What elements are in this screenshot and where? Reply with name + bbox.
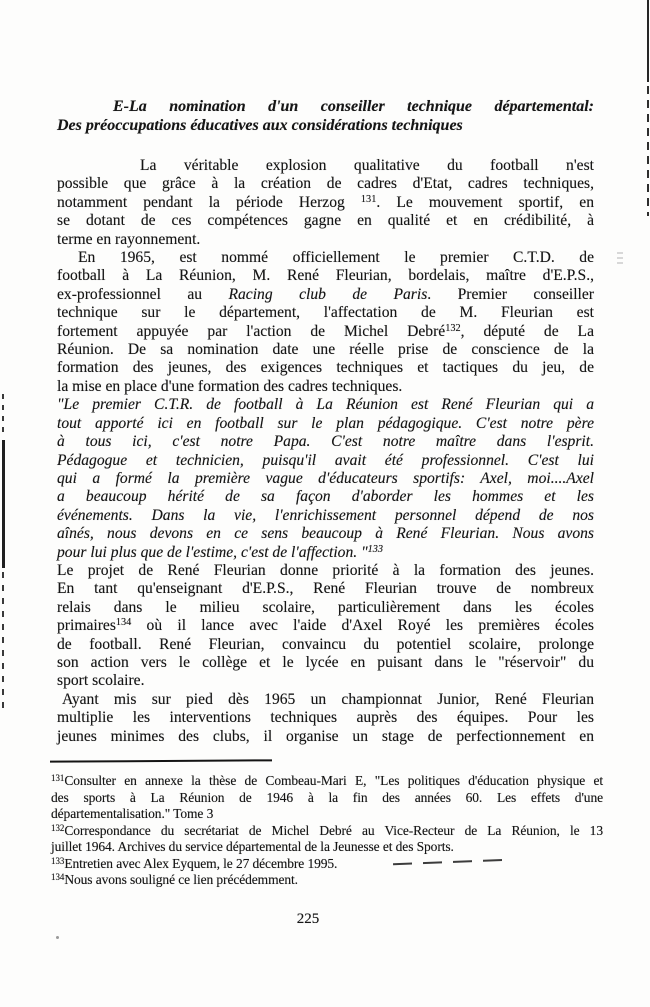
text-line: Le projet de René Fleurian donne priorit… — [57, 562, 594, 580]
text-line: En tant qu'enseignant d'E.P.S., René Fle… — [57, 580, 594, 598]
text-line: En 1965, est nommé officiellement le pre… — [57, 249, 594, 267]
section-heading-line-1: E-La nomination d'un conseiller techniqu… — [57, 98, 594, 117]
text-line: tout apporté ici en football sur le plan… — [57, 415, 594, 433]
text-line: possible que grâce à la création de cadr… — [57, 175, 594, 193]
text-line: a beaucoup hérité de sa façon d'aborder … — [57, 488, 594, 506]
text-line: aînés, nous devons en ce sens beaucoup à… — [57, 525, 594, 543]
text-line: Ayant mis sur pied dès 1965 un championn… — [57, 691, 594, 709]
body-text: La véritable explosion qualitative du fo… — [57, 157, 594, 746]
text-line: 133Entretien avec Alex Eyquem, le 27 déc… — [51, 856, 603, 873]
championnat-paragraph: Ayant mis sur pied dès 1965 un championn… — [57, 691, 594, 746]
text-line: "Le premier C.T.R. de football à La Réun… — [57, 396, 594, 414]
scan-edge-line-left-dashed-top — [2, 394, 4, 438]
text-line: Pédagogue et technicien, puisqu'il avait… — [57, 452, 594, 470]
text-line: 134Nous avons souligné ce lien précédemm… — [51, 872, 603, 889]
text-line: pour lui plus que de l'estime, c'est de … — [57, 544, 594, 562]
footnote-134: 134Nous avons souligné ce lien précédemm… — [51, 872, 603, 889]
text-line: son action vers le collège et le lycée e… — [57, 654, 594, 672]
text-line: La véritable explosion qualitative du fo… — [57, 157, 594, 175]
scan-speck — [56, 936, 59, 939]
page-number: 225 — [0, 911, 616, 928]
footnote-132: 132Correspondance du secrétariat de Mich… — [51, 823, 603, 856]
footnote-separator — [50, 759, 272, 762]
text-line: multiplie les interventions techniques a… — [57, 709, 594, 727]
text-line: fortement appuyée par l'action de Michel… — [57, 323, 594, 341]
text-line: se dotant de ces compétences gagne en qu… — [57, 212, 594, 230]
text-line: Réunion. De sa nomination date une réell… — [57, 341, 594, 359]
text-line: sport scolaire. — [57, 672, 594, 690]
text-line: formation des jeunes, des exigences tech… — [57, 359, 594, 377]
text-line: des sports à La Réunion de 1946 à la fin… — [51, 790, 603, 807]
scan-faint-dots — [617, 252, 623, 264]
text-line: à tous ici, c'est notre Papa. C'est notr… — [57, 433, 594, 451]
text-line: primaires134 où il lance avec l'aide d'A… — [57, 617, 594, 635]
text-line: de football. René Fleurian, convaincu du… — [57, 636, 594, 654]
text-line: départementalisation." Tome 3 — [51, 806, 603, 823]
footnotes: 131Consulter en annexe la thèse de Combe… — [51, 773, 603, 889]
footnote-131: 131Consulter en annexe la thèse de Combe… — [51, 773, 603, 823]
text-line: ex-professionnel au Racing club de Paris… — [57, 286, 594, 304]
quote-paragraph: "Le premier C.T.R. de football à La Réun… — [57, 396, 594, 562]
intro-paragraph: La véritable explosion qualitative du fo… — [57, 157, 594, 249]
scan-edge-line-right-dashed — [647, 86, 649, 216]
text-line: la mise en place d'une formation des cad… — [57, 378, 594, 396]
projet-paragraph: Le projet de René Fleurian donne priorit… — [57, 562, 594, 691]
text-line: qui a formé la première vague d'éducateu… — [57, 470, 594, 488]
text-line: événements. Dans la vie, l'enrichissemen… — [57, 507, 594, 525]
text-line: relais dans le milieu scolaire, particul… — [57, 599, 594, 617]
scan-edge-line-right-solid — [647, 0, 649, 82]
text-line: jeunes minimes des clubs, il organise un… — [57, 728, 594, 746]
scan-edge-line-left-solid — [2, 440, 5, 568]
nomination-paragraph: En 1965, est nommé officiellement le pre… — [57, 249, 594, 396]
text-line: juillet 1964. Archives du service départ… — [51, 839, 603, 856]
scan-edge-line-left-dashed-bottom — [2, 572, 4, 714]
scanned-document-page: E-La nomination d'un conseiller techniqu… — [0, 0, 650, 1007]
section-heading-line-2: Des préoccupations éducatives aux consid… — [57, 117, 594, 136]
text-line: technique sur le département, l'affectat… — [57, 304, 594, 322]
text-line: 132Correspondance du secrétariat de Mich… — [51, 823, 603, 840]
section-heading: E-La nomination d'un conseiller techniqu… — [57, 98, 594, 136]
text-line: 131Consulter en annexe la thèse de Combe… — [51, 773, 603, 790]
text-line: football à La Réunion, M. René Fleurian,… — [57, 267, 594, 285]
text-line: terme en rayonnement. — [57, 231, 594, 249]
footnote-133: 133Entretien avec Alex Eyquem, le 27 déc… — [51, 856, 603, 873]
text-line: notamment pendant la période Herzog 131.… — [57, 194, 594, 212]
